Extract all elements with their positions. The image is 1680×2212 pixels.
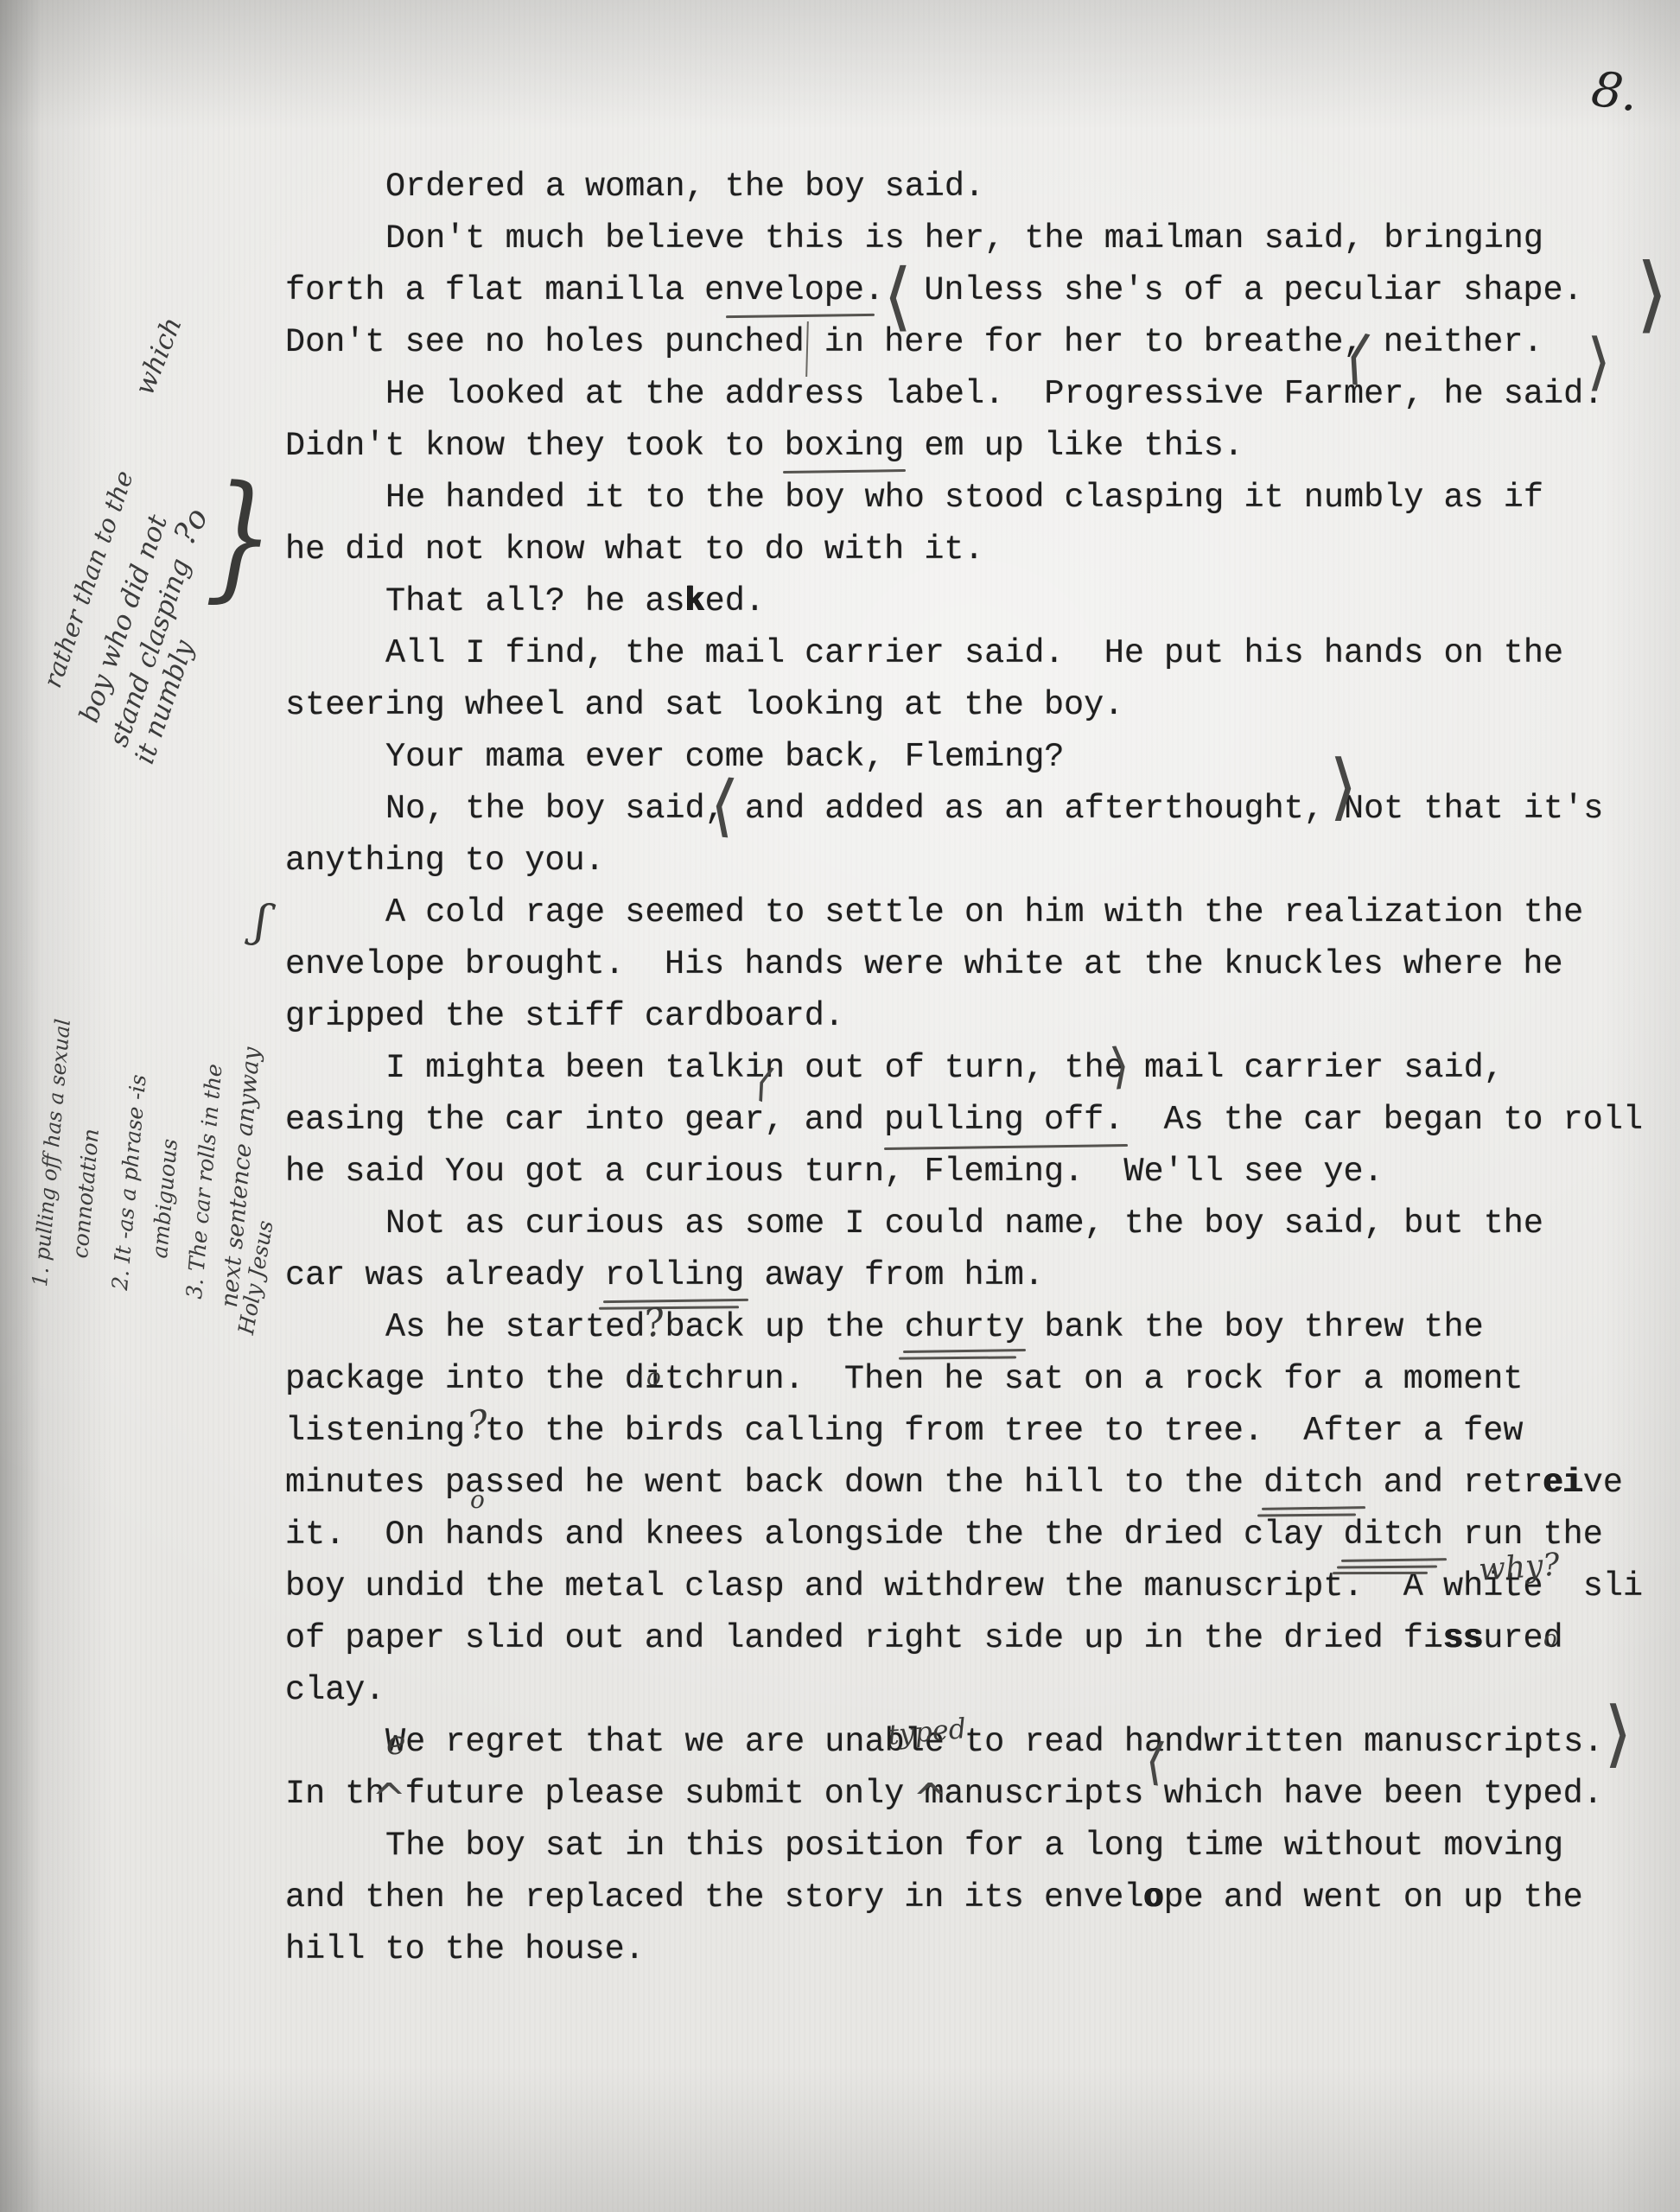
margin-note-2b: ambiguous — [149, 1138, 181, 1259]
o-mark-ditchrun: o — [646, 1365, 661, 1389]
typed-line: Not as curious as some I could name, the… — [285, 1198, 1668, 1249]
underline-churty — [899, 1356, 1016, 1359]
typed-line: boy undid the metal clasp and withdrew t… — [285, 1560, 1668, 1612]
typed-line: Your mama ever come back, Fleming? — [285, 731, 1668, 783]
typed-line: and then he replaced the story in its en… — [285, 1872, 1668, 1923]
typed-line: listening to the birds calling from tree… — [285, 1405, 1668, 1457]
typed-text-body: Ordered a woman, the boy said.Don't much… — [285, 161, 1668, 1975]
typed-line: of paper slid out and landed right side … — [285, 1612, 1668, 1664]
typed-line: He handed it to the boy who stood claspi… — [285, 472, 1668, 524]
margin-note-2a: 2. It -as a phrase -is — [109, 1073, 150, 1291]
typed-line: package into the ditchrun. Then he sat o… — [285, 1353, 1668, 1405]
typed-line: Don't see no holes punched in here for h… — [285, 316, 1668, 368]
o-mark-fissured: o — [1543, 1628, 1557, 1650]
margin-brace: } — [204, 467, 276, 606]
typed-line: As he started back up the churty bank th… — [285, 1301, 1668, 1353]
typed-line: he said You got a curious turn, Fleming.… — [285, 1146, 1668, 1198]
typed-line: it. On hands and knees alongside the the… — [285, 1509, 1668, 1560]
typed-line: forth a flat manilla envelope. Unless sh… — [285, 264, 1668, 316]
margin-note-which: which — [131, 314, 187, 399]
typed-line: car was already rolling away from him. — [285, 1249, 1668, 1301]
typed-line: clay. — [285, 1664, 1668, 1716]
underline-ditch-1 — [1257, 1513, 1356, 1516]
typed-line: minutes passed he went back down the hil… — [285, 1457, 1668, 1509]
typed-line: envelope brought. His hands were white a… — [285, 938, 1668, 990]
typed-line: We regret that we are unable to read han… — [285, 1716, 1668, 1768]
typed-line: easing the car into gear, and pulling of… — [285, 1094, 1668, 1146]
typed-line: He looked at the address label. Progress… — [285, 368, 1668, 420]
caret-under-manuscripts: ^ — [913, 1778, 947, 1820]
typed-line: The boy sat in this position for a long … — [285, 1820, 1668, 1872]
insert-bracket-close-typed: ⟩ — [1604, 1697, 1632, 1770]
typed-line: All I find, the mail carrier said. He pu… — [285, 627, 1668, 679]
typed-line: That all? he asked. — [285, 575, 1668, 627]
page-number: 8. — [1588, 61, 1642, 124]
typed-line: A cold rage seemed to settle on him with… — [285, 887, 1668, 938]
typed-line: gripped the stiff cardboard. — [285, 990, 1668, 1042]
caret-under-the: ^ — [372, 1778, 406, 1820]
typed-line: Didn't know they took to boxing em up li… — [285, 420, 1668, 472]
typed-line: In th future please submit only manuscri… — [285, 1768, 1668, 1820]
margin-note-1b: connotation — [69, 1128, 102, 1259]
squiggle-mark-envelope-line: ʃ — [253, 899, 270, 944]
typed-line: steering wheel and sat looking at the bo… — [285, 679, 1668, 731]
typed-line: Ordered a woman, the boy said. — [285, 161, 1668, 213]
typed-line: No, the boy said, and added as an aftert… — [285, 783, 1668, 835]
insert-bracket-open-unless: ⟨ — [883, 259, 913, 334]
typed-line: hill to the house. — [285, 1923, 1668, 1975]
underline-ditch-2 — [1333, 1572, 1428, 1574]
insert-bracket-close-shape: ⟩ — [1636, 252, 1668, 335]
insert-bracket-close-afterthought: ⟩ — [1329, 750, 1358, 823]
insert-letter-e: e — [386, 1726, 406, 1759]
insert-bracket-close-neither: ⟩ — [1587, 330, 1611, 392]
typed-line: I mighta been talkin out of turn, the ma… — [285, 1042, 1668, 1094]
margin-note-1a: 1. pulling off has a sexual — [29, 1018, 73, 1287]
typed-line: Don't much believe this is her, the mail… — [285, 213, 1668, 264]
why-query-note: why? — [1478, 1549, 1561, 1586]
insert-word-typed: typed — [887, 1714, 967, 1749]
o-mark-passed: o — [470, 1488, 485, 1512]
typed-line: he did not know what to do with it. — [285, 524, 1668, 575]
underline-ditch-2 — [1337, 1565, 1437, 1568]
manuscript-page: 8. Ordered a woman, the boy said.Don't m… — [0, 0, 1680, 2212]
typed-line: anything to you. — [285, 835, 1668, 887]
